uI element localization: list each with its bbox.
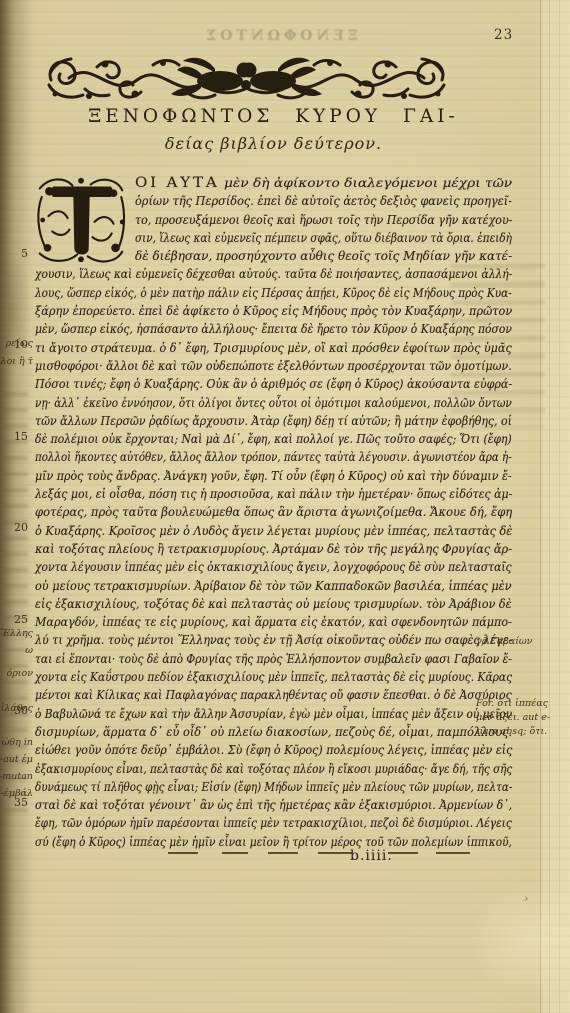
text-line: καὶ τοξότας πλείους ἢ τετρακισμυρίους. Ἀ…	[35, 538, 512, 556]
text-line: δισμυρίων, ἅρματα δ᾽ εὖ οἶδ᾽ οὐ πλείω δι…	[35, 721, 512, 739]
show-through-header: ΞΕΝΟΦΩΝΤΟΣ	[150, 28, 410, 44]
margin-note-right: μὲν ἄξει. aut e-	[476, 712, 568, 723]
margin-note-left: όριον	[0, 668, 33, 679]
margin-note-right: For. ὅτι ἱππέας	[476, 698, 568, 709]
text-line: ται εἰ ἕπονται· τοὺς δὲ ἀπὸ Φρυγίας τῆς …	[35, 648, 512, 666]
show-through-text	[2, 392, 28, 812]
margin-note-left: ρείως	[0, 338, 33, 349]
margin-line-number: 25	[2, 613, 28, 626]
text-line: Μαραγδόν, ἱππέας τε εἰς μυρίους, καὶ ἅρμ…	[35, 611, 512, 629]
underline-mark	[268, 852, 298, 854]
margin-line-number: 20	[2, 521, 28, 534]
chapter-subtitle: δείας βιβλίον δεύτερον.	[35, 134, 512, 153]
text-line: ἔφη, τῶν ὁμόρων ἡμῖν παρέσονται ἱππεῖς μ…	[35, 812, 512, 830]
text-line: λεξάς μοι, εἰ οἶσθα, πόση τις ἡ προσιοῦσ…	[35, 483, 512, 501]
text-line: νῃ· ἀλλ᾽ ἐκεῖνο ἐννόησον, ὅτι ὀλίγοι ὄντ…	[35, 392, 512, 410]
fore-edge-line	[549, 0, 550, 1013]
text-line: μισθοφόροι· ἄλλοι δὲ καὶ τῶν οὐδεπώποτε …	[35, 355, 512, 373]
text-line: οὐ μείους τετρακισμυρίων. Ἀρίβαιον δὲ τὸ…	[35, 575, 512, 593]
margin-note-right: γρ̃ Γαβαίων	[476, 636, 568, 647]
text-line: μὲν, ὥσπερ εἰκός, ἠσπάσαντο ἀλλήλους· ἔπ…	[35, 318, 512, 336]
text-line: το, προσευξάμενοι θεοῖς καὶ ἥρωσι τοῖς τ…	[35, 209, 512, 227]
headband-woodcut-icon	[45, 54, 448, 104]
text-line: ὁρίων τῆς Περσίδος. ἐπεὶ δὲ αὐτοῖς ἀετὸς…	[35, 190, 512, 208]
underline-mark	[222, 852, 248, 854]
text-line: φοτέρας, πρὸς ταῦτα βουλευώμεθα ὅπως ἂν …	[35, 501, 512, 519]
text-line: μῖν πρὸς τοὺς ἄνδρας. Ἀνάγκη γοῦν, ἔφη. …	[35, 465, 512, 483]
text-line: σύ (ἔφη ὁ Κῦρος) ἱππέας μὲν ἡμῖν εἶναι μ…	[35, 831, 512, 849]
margin-note-left: ώθη in	[0, 737, 33, 748]
paper-stain	[470, 880, 570, 1000]
fore-edge-line	[540, 0, 541, 1013]
margin-note-left: ἐμβάλ-	[0, 788, 33, 799]
text-line: λύ τι χρῆμα. τοὺς μέντοι Ἕλληνας τοὺς ἐν…	[35, 629, 512, 647]
text-line: δυνάμεως τί πλῆθος φῂς εἶναι; Εἰσίν (ἔφη…	[35, 776, 512, 794]
margin-note-left: ἱλάθες	[0, 703, 33, 714]
text-line: τῶν ἄλλων Περσῶν ῥᾳδίως ἄρχουσιν. Ἀτὰρ (…	[35, 410, 512, 428]
text-line: ὁ Βαβυλῶνά τε ἔχων καὶ τὴν ἄλλην Ἀσσυρία…	[35, 703, 512, 721]
margin-note-left: ς Ἕλλης-	[0, 628, 33, 639]
text-line: χοντα λέγουσιν ἱππέας μὲν εἰς ὀκτακισχιλ…	[35, 556, 512, 574]
margin-note-left: ω	[0, 645, 33, 656]
text-line: δὲ πολέμιοι οὐκ ἔρχονται; Ναὶ μὰ Δί᾽, ἔφ…	[35, 428, 512, 446]
text-line: λους, ὥσπερ εἰκός, ὁ μὲν πατὴρ πάλιν εἰς…	[35, 282, 512, 300]
underline-mark	[388, 852, 418, 854]
text-line: χοντα εἰς Καΰστρου πεδίον ἑξακισχιλίους …	[35, 666, 512, 684]
signature-mark: b.iiii.	[350, 848, 393, 864]
underline-mark	[168, 852, 198, 854]
margin-line-number: 15	[2, 430, 28, 443]
text-line: ἑξακισμυρίους εἶναι, πελταστὰς δὲ καὶ το…	[35, 758, 512, 776]
margin-note-left: mutan-	[0, 771, 33, 782]
underline-mark	[436, 852, 470, 854]
chapter-title: ΞΕΝΟΦΩΝΤΟΣ ΚΥΡΟΥ ΓΑΙ-	[35, 106, 512, 127]
corner-mark: ›	[523, 892, 529, 905]
text-line: δὲ διέβησαν, προσηύχοντο αὖθις θεοῖς τοῖ…	[35, 245, 512, 263]
text-line: πολλοὶ ἥκοντες αὐτόθεν, ἄλλος ἄλλον τρόπ…	[35, 446, 512, 464]
page-number: 23	[494, 27, 524, 43]
text-line: σιν, ἵλεως καὶ εὐμενεῖς πέμπειν σφᾶς, οὕ…	[35, 227, 512, 245]
text-line: σταὶ δὲ καὶ τοξόται γένοιντ᾽ ἂν ὡς ἐπὶ τ…	[35, 794, 512, 812]
text-line: τι ἄγοιτο στράτευμα. ὁ δ᾽ ἔφη, Τρισμυρίο…	[35, 337, 512, 355]
text-line: ὁ Κυαξάρης. Κροῖσος μὲν ὁ Λυδὸς ἄγειν λέ…	[35, 520, 512, 538]
text-line: ΟΙ ΑΥΤΑ μὲν δὴ ἀφίκοντο διαλεγόμενοι μέχ…	[35, 172, 512, 190]
text-block: ΟΙ ΑΥΤΑ μὲν δὴ ἀφίκοντο διαλεγόμενοι μέχ…	[35, 172, 512, 849]
margin-note-left: aut ἐμ-	[0, 754, 33, 765]
text-line: ξάρην ἐπορεύετο. ἐπεὶ δὲ ἀφίκετο ὁ Κῦρος…	[35, 300, 512, 318]
lead-capitals: ΟΙ ΑΥΤΑ	[135, 175, 220, 191]
text-line: μέντοι καὶ Κίλικας καὶ Παφλαγόνας παρακλ…	[35, 684, 512, 702]
text-line: εἰώθει γοῦν ὁπότε δεῦρ᾽ ἐμβάλοι. Σὺ (ἔφη…	[35, 739, 512, 757]
margin-note-left: λοι ἢ τ̄	[0, 356, 33, 367]
text-line: εἰς ἑξακισχιλίους, τοξότας δὲ καὶ πελτασ…	[35, 593, 512, 611]
book-page-scan: ΞΕΝΟΦΩΝΤΟΣ 23	[0, 0, 570, 1013]
underline-mark	[318, 852, 352, 854]
text-line: Πόσοι τινές; ἔφη ὁ Κυαξάρης. Οὐκ ἂν ὁ ἀρ…	[35, 373, 512, 391]
margin-note-right: tiam absq; ὅτι.	[476, 726, 568, 737]
fore-edge-line	[559, 0, 560, 1013]
margin-line-number: 5	[2, 247, 28, 260]
text-line: χουσιν, ἵλεως καὶ εὐμενεῖς δέχεσθαι αὐτο…	[35, 263, 512, 281]
